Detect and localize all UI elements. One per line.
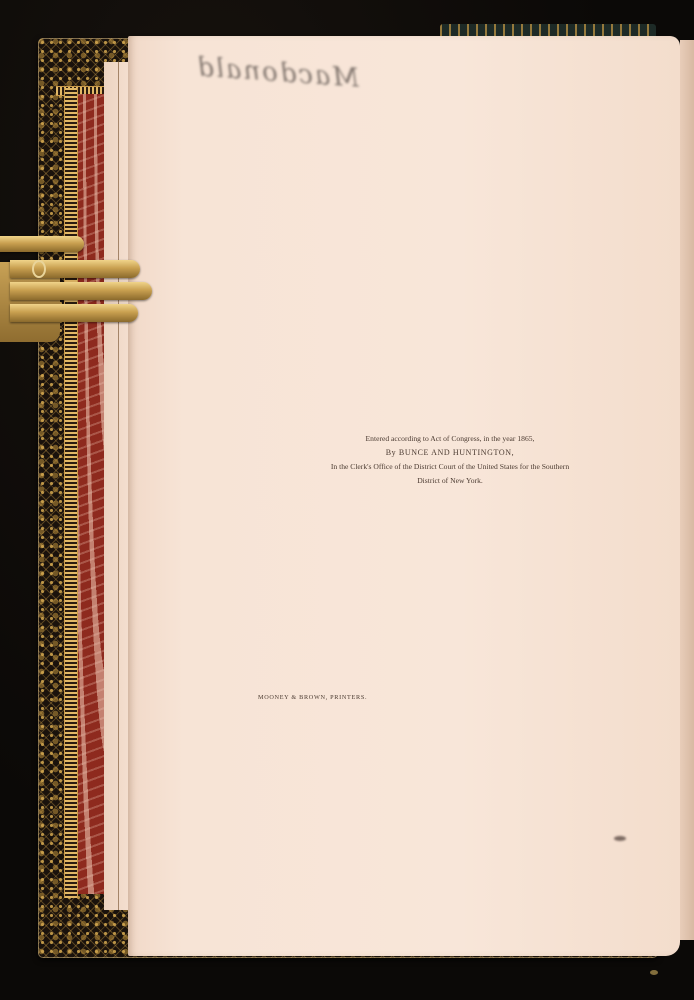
copyright-page xyxy=(128,36,680,956)
brass-hand-page-holder xyxy=(0,232,155,352)
imprint-line-clerk: In the Clerk's Office of the District Co… xyxy=(240,460,660,474)
imprint-line-entered: Entered according to Act of Congress, in… xyxy=(240,432,660,446)
hand-finger xyxy=(10,304,138,322)
page-edge-stack xyxy=(680,40,694,940)
imprint-line-district: District of New York. xyxy=(240,474,660,488)
hand-thumb xyxy=(0,236,84,252)
copyright-imprint: Entered according to Act of Congress, in… xyxy=(240,432,660,488)
hinge-line xyxy=(118,62,119,910)
ring-icon xyxy=(32,260,46,278)
cover-corner-wear xyxy=(650,970,658,975)
imprint-line-publisher: By BUNCE AND HUNTINGTON, xyxy=(240,446,660,460)
printer-credit: MOONEY & BROWN, PRINTERS. xyxy=(258,694,367,701)
foxing-spot xyxy=(614,836,626,841)
gilt-border-roll xyxy=(64,88,78,898)
hand-finger xyxy=(10,282,152,300)
hand-finger xyxy=(10,260,140,278)
